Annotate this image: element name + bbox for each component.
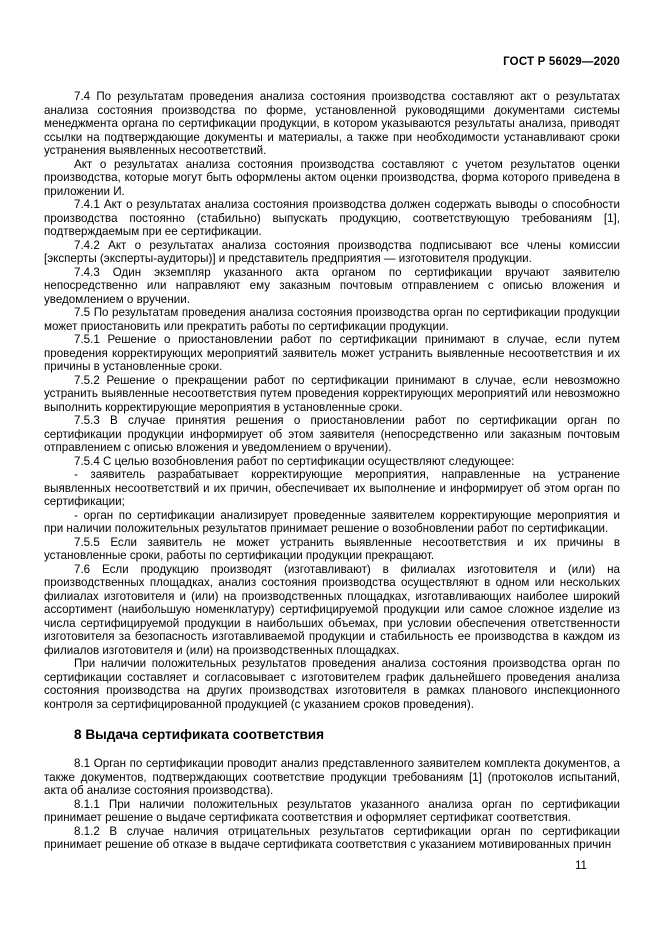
paragraph: - заявитель разрабатывает корректирующие… xyxy=(44,468,620,509)
paragraph: 7.5.3 В случае принятия решения о приост… xyxy=(44,414,620,455)
paragraph: 8.1.1 При наличии положительных результа… xyxy=(44,798,620,825)
paragraph: 8.1.2 В случае наличия отрицательных рез… xyxy=(44,825,620,852)
paragraph: 8.1 Орган по сертификации проводит анали… xyxy=(44,757,620,798)
paragraph: 7.4.2 Акт о результатах анализа состояни… xyxy=(44,239,620,266)
document-body: 7.4 По результатам проведения анализа со… xyxy=(44,90,620,852)
document-page: ГОСТ Р 56029—2020 7.4 По результатам про… xyxy=(0,0,661,935)
paragraph: 7.5.1 Решение о приостановлении работ по… xyxy=(44,333,620,374)
paragraph: 7.5.2 Решение о прекращении работ по сер… xyxy=(44,374,620,415)
paragraph: 7.5 По результатам проведения анализа со… xyxy=(44,306,620,333)
paragraph: 7.4.3 Один экземпляр указанного акта орг… xyxy=(44,266,620,307)
paragraph: Акт о результатах анализа состояния прои… xyxy=(44,158,620,199)
paragraph: 7.4.1 Акт о результатах анализа состояни… xyxy=(44,198,620,239)
page-number: 11 xyxy=(44,859,620,873)
document-header-title: ГОСТ Р 56029—2020 xyxy=(44,56,620,69)
paragraph: При наличии положительных результатов пр… xyxy=(44,657,620,711)
paragraph: 7.5.4 С целью возобновления работ по сер… xyxy=(44,455,620,469)
paragraph: - орган по сертификации анализирует пров… xyxy=(44,509,620,536)
section-heading: 8 Выдача сертификата соответствия xyxy=(74,727,620,743)
paragraph: 7.4 По результатам проведения анализа со… xyxy=(44,90,620,158)
paragraph: 7.5.5 Если заявитель не может устранить … xyxy=(44,536,620,563)
paragraph: 7.6 Если продукцию производят (изготавли… xyxy=(44,563,620,658)
